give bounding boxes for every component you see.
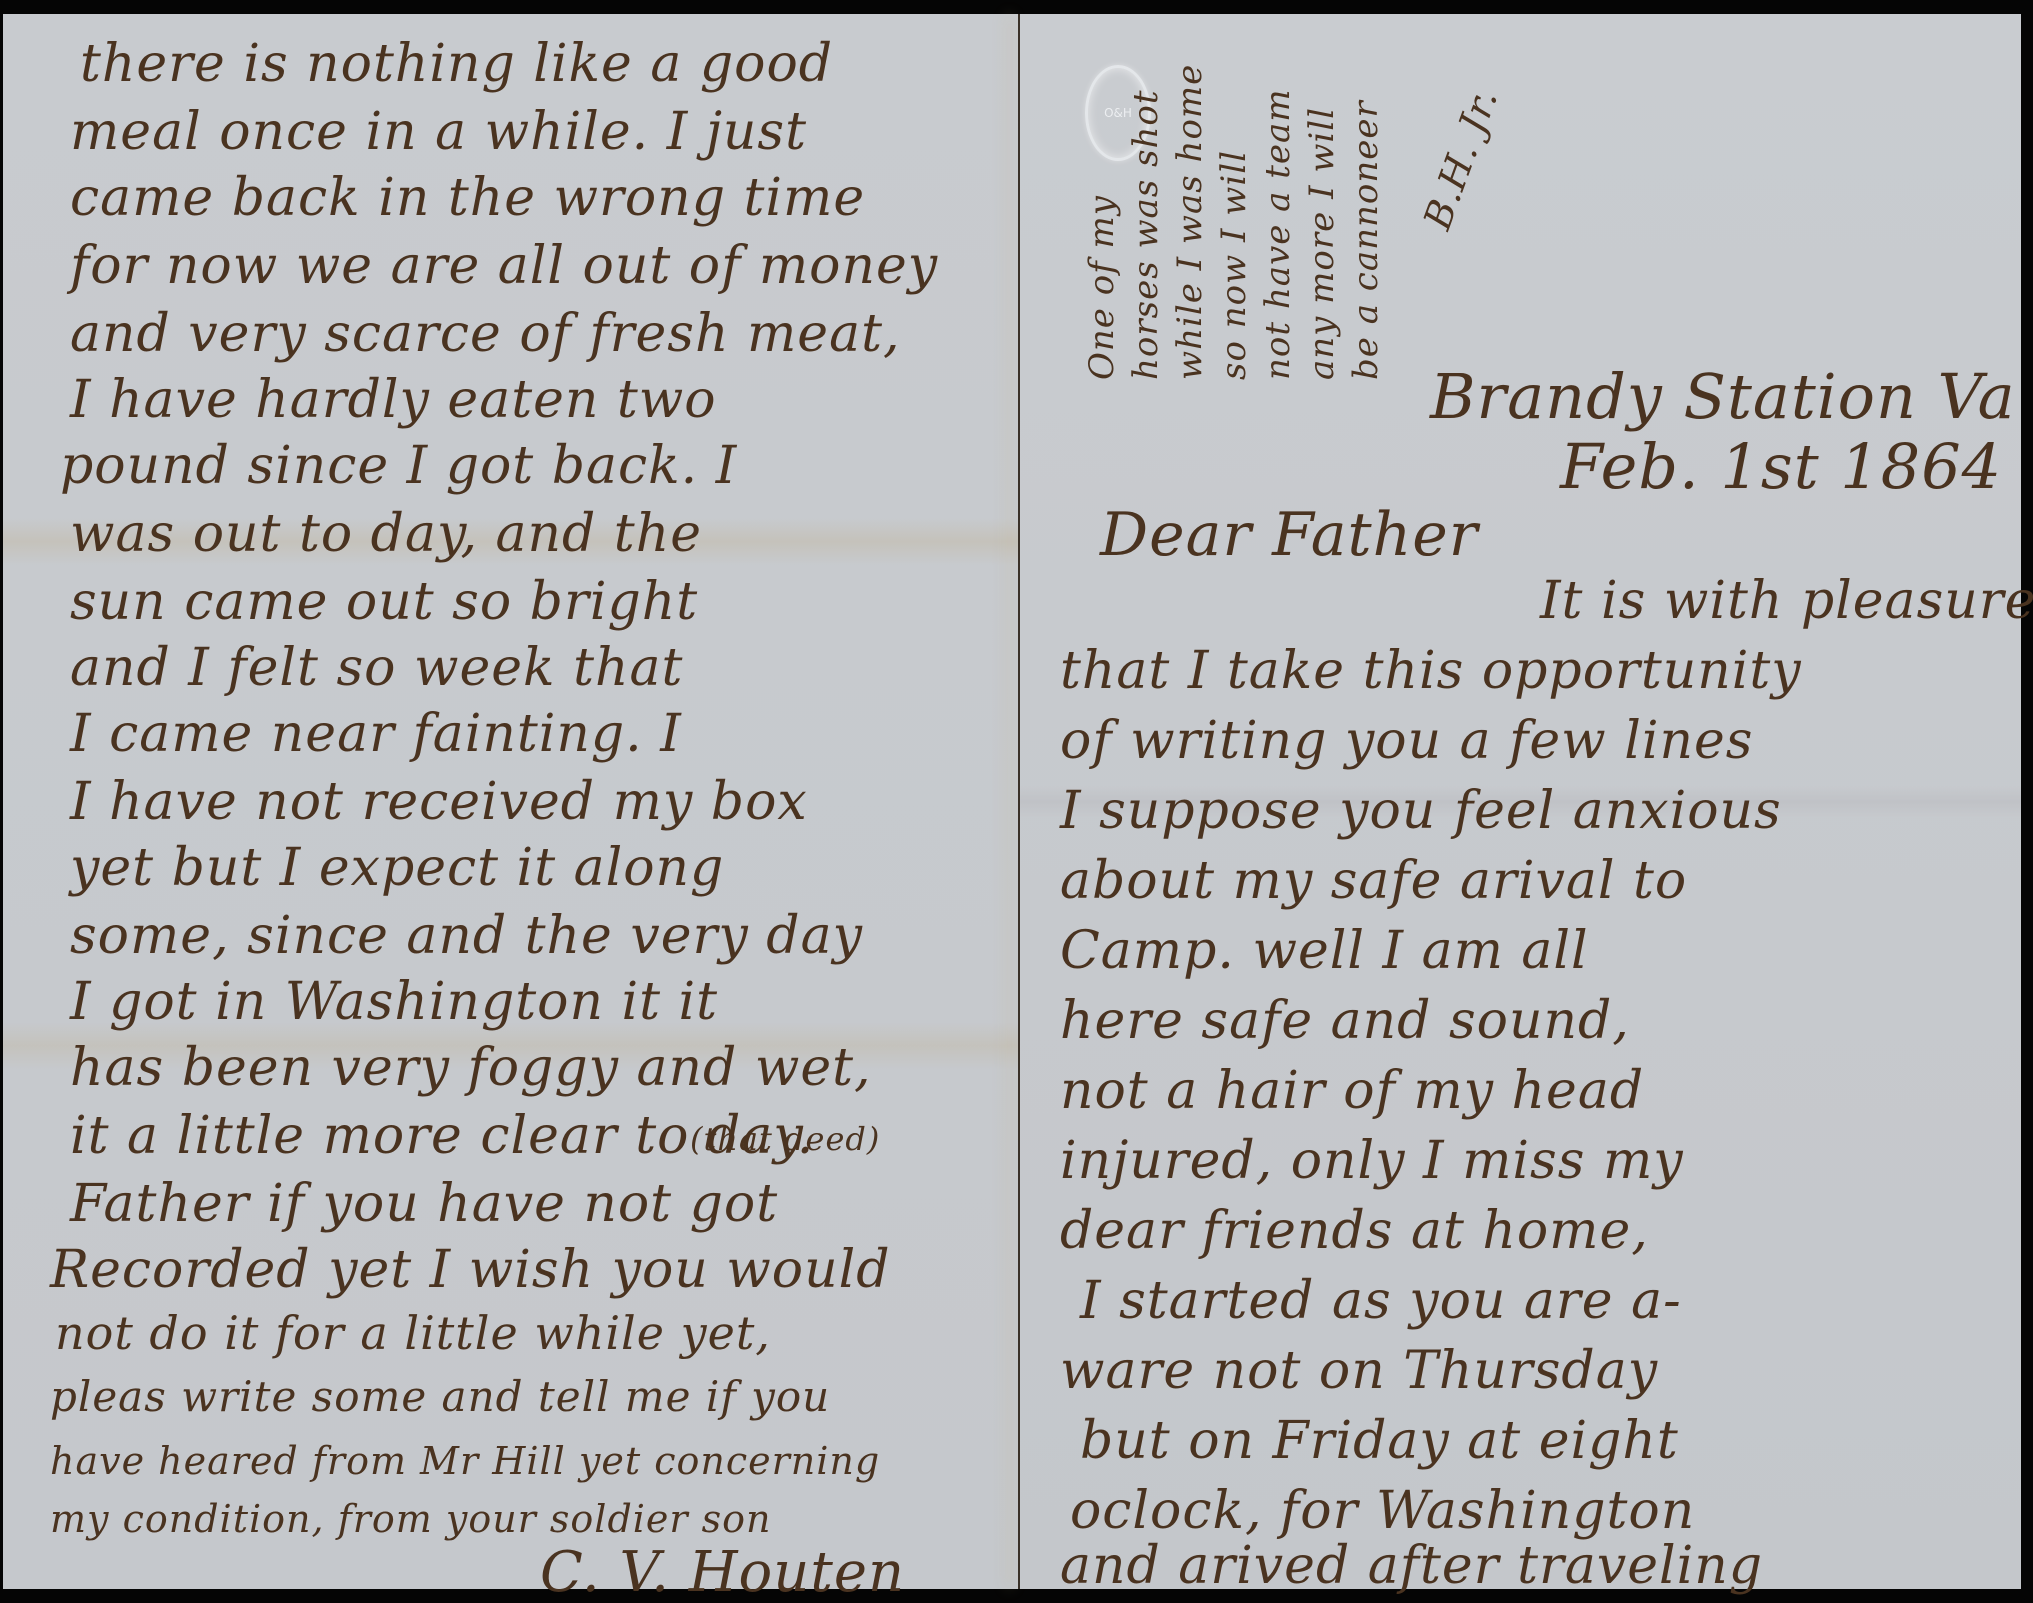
left-line-14: some, since and the very day: [70, 910, 863, 962]
right-line-13: but on Friday at eight: [1080, 1415, 1679, 1467]
margin-note-line-4: so now I will: [1212, 20, 1256, 380]
insertion-that-deed: (that deed): [690, 1120, 880, 1158]
margin-note-line-5: not have a team: [1256, 20, 1300, 380]
left-line-7: pound since I got back. I: [60, 440, 737, 492]
left-line-5: and very scarce of fresh meat,: [70, 308, 901, 360]
letter-place: Brandy Station Va: [1430, 360, 2016, 433]
left-line-2: meal once in a while. I just: [70, 106, 807, 158]
left-line-8: was out to day, and the: [70, 508, 702, 560]
left-line-16: has been very foggy and wet,: [70, 1042, 872, 1094]
signature: C. V. Houten: [540, 1540, 905, 1603]
margin-note-line-6: any more I will: [1300, 20, 1344, 380]
left-line-21: pleas write some and tell me if you: [50, 1376, 830, 1418]
left-line-11: I came near fainting. I: [70, 708, 682, 760]
left-line-20: not do it for a little while yet,: [55, 1310, 771, 1356]
left-line-13: yet but I expect it along: [70, 842, 724, 894]
right-line-4: I suppose you feel anxious: [1060, 785, 1782, 837]
right-line-3: of writing you a few lines: [1060, 715, 1753, 767]
right-line-5: about my safe arival to: [1060, 855, 1687, 907]
letter-greeting: Dear Father: [1100, 500, 1478, 570]
left-line-22: have heared from Mr Hill yet concerning: [50, 1442, 880, 1480]
right-line-14: oclock, for Washington: [1070, 1485, 1695, 1537]
right-line-7: here safe and sound,: [1060, 995, 1630, 1047]
left-line-6: I have hardly eaten two: [70, 374, 717, 426]
right-line-15: and arived after traveling: [1060, 1540, 1763, 1592]
margin-note-rotated: One of my horses was shot while I was ho…: [1080, 20, 1388, 380]
right-line-12: ware not on Thursday: [1060, 1345, 1658, 1397]
right-line-11: I started as you are a-: [1080, 1275, 1682, 1327]
right-line-6: Camp. well I am all: [1060, 925, 1589, 977]
left-line-23: my condition, from your soldier son: [50, 1500, 772, 1538]
left-line-4: for now we are all out of money: [70, 240, 938, 292]
left-line-1: there is nothing like a good: [80, 38, 833, 90]
left-line-19: Recorded yet I wish you would: [50, 1244, 891, 1296]
left-line-10: and I felt so week that: [70, 642, 683, 694]
left-line-15: I got in Washington it it: [70, 976, 718, 1028]
right-line-2: that I take this opportunity: [1060, 645, 1802, 697]
margin-note-line-2: horses was shot: [1124, 20, 1168, 380]
right-line-1: It is with pleasure: [1540, 575, 2033, 627]
left-line-3: came back in the wrong time: [70, 172, 865, 224]
letter-date: Feb. 1st 1864: [1560, 430, 2002, 503]
margin-note-line-1: One of my: [1080, 20, 1124, 380]
left-line-18: Father if you have not got: [70, 1178, 778, 1230]
right-line-8: not a hair of my head: [1060, 1065, 1644, 1117]
left-line-12: I have not received my box: [70, 776, 808, 828]
margin-note-line-7: be a cannoneer: [1344, 20, 1388, 380]
margin-note-line-3: while I was home: [1168, 20, 1212, 380]
right-line-10: dear friends at home,: [1060, 1205, 1649, 1257]
right-line-9: injured, only I miss my: [1060, 1135, 1684, 1187]
left-line-9: sun came out so bright: [70, 576, 698, 628]
